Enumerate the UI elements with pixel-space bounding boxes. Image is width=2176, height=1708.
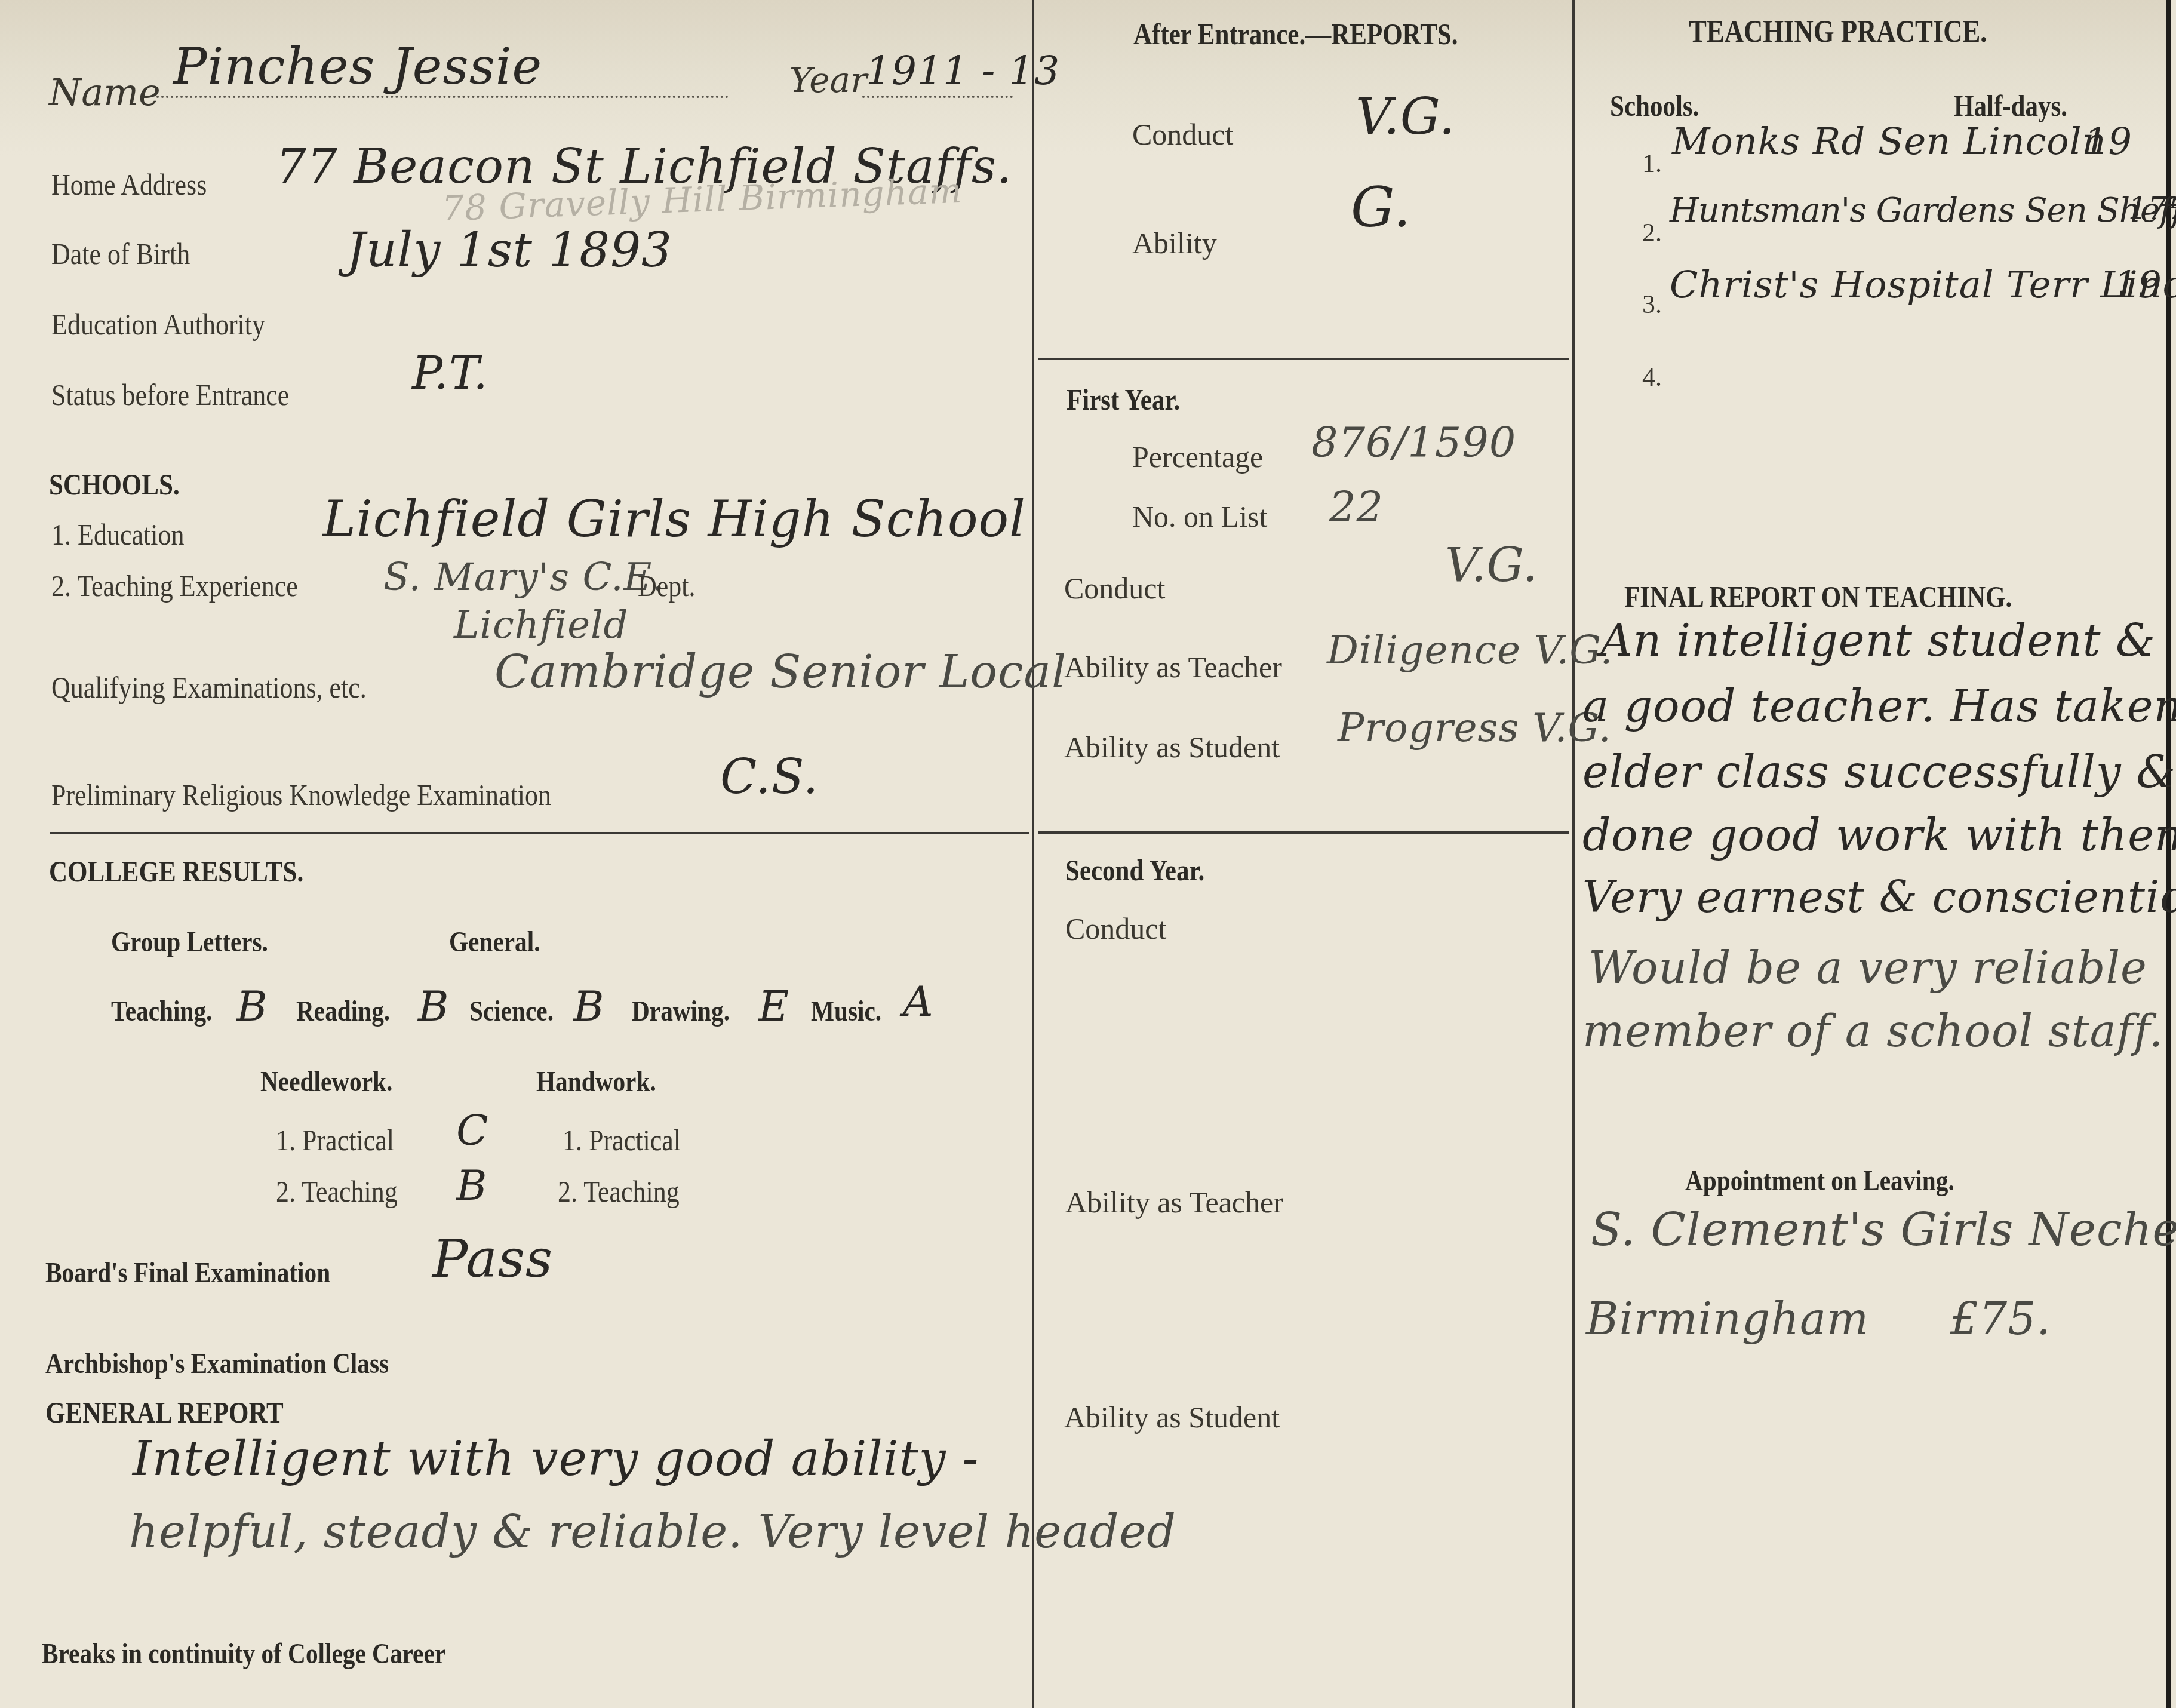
dob-label: Date of Birth bbox=[51, 236, 190, 271]
final-report-line: Would be a very reliable bbox=[1588, 942, 2147, 994]
qualifying-exams-value: Cambridge Senior Local bbox=[494, 645, 1067, 698]
entry-number: 1. bbox=[1642, 148, 1662, 179]
column-divider-right bbox=[1572, 0, 1575, 1708]
home-address-label: Home Address bbox=[51, 167, 207, 202]
group-letters-label: Group Letters. bbox=[111, 926, 268, 959]
subject-science-grade: B bbox=[573, 982, 604, 1031]
schools-column-label: Schools. bbox=[1610, 88, 1699, 123]
final-report-line: Very earnest & conscientious. bbox=[1582, 872, 2176, 922]
second-year-ability-student-label: Ability as Student bbox=[1064, 1400, 1280, 1434]
education-authority-label: Education Authority bbox=[51, 307, 265, 342]
entry-half-days: 19 bbox=[2084, 119, 2132, 163]
archbishop-exam-label: Archbishop's Examination Class bbox=[45, 1347, 389, 1380]
second-year-ability-teacher-label: Ability as Teacher bbox=[1065, 1185, 1283, 1219]
general-label: General. bbox=[449, 926, 540, 959]
appointment-heading: Appointment on Leaving. bbox=[1685, 1165, 1954, 1197]
subject-drawing-grade: E bbox=[758, 982, 789, 1031]
entry-school: Huntsman's Gardens Sen Sheffield bbox=[1670, 191, 2176, 230]
after-entrance-conduct-value: V.G. bbox=[1356, 87, 1456, 146]
year-value: 1911 - 13 bbox=[866, 48, 1060, 94]
final-report-line: elder class successfully & bbox=[1582, 747, 2176, 798]
ability-as-teacher-value: Diligence V.G. bbox=[1327, 627, 1613, 673]
after-entrance-heading: After Entrance.—REPORTS. bbox=[1133, 17, 1458, 51]
breaks-label: Breaks in continuity of College Career bbox=[42, 1638, 445, 1670]
handwork-teaching-label: 2. Teaching bbox=[558, 1174, 680, 1209]
needlework-practical-label: 1. Practical bbox=[276, 1123, 394, 1157]
prelim-rk-label: Preliminary Religious Knowledge Examinat… bbox=[51, 778, 551, 812]
prelim-rk-value: C.S. bbox=[720, 749, 819, 804]
education-label: 1. Education bbox=[51, 517, 184, 552]
ability-as-student-value: Progress V.G. bbox=[1338, 705, 1612, 751]
handwork-practical-label: 1. Practical bbox=[563, 1123, 681, 1157]
after-entrance-ability-value: G. bbox=[1351, 176, 1411, 239]
dept-label: Dept. bbox=[638, 569, 696, 603]
boards-final-value: Pass bbox=[432, 1228, 553, 1289]
subject-music-label: Music. bbox=[811, 995, 881, 1028]
subject-reading-grade: B bbox=[418, 982, 449, 1031]
final-report-line: An intelligent student & bbox=[1600, 615, 2156, 666]
appointment-place: Birmingham bbox=[1586, 1294, 1869, 1345]
percentage-label: Percentage bbox=[1132, 440, 1263, 474]
boards-final-label: Board's Final Examination bbox=[45, 1257, 330, 1289]
qualifying-exams-label: Qualifying Examinations, etc. bbox=[51, 670, 367, 705]
name-value: Pinches Jessie bbox=[173, 37, 542, 96]
needlework-teaching-grade: B bbox=[456, 1161, 487, 1210]
second-year-heading: Second Year. bbox=[1065, 853, 1204, 887]
no-on-list-value: 22 bbox=[1329, 483, 1384, 532]
after-entrance-ability-label: Ability bbox=[1132, 226, 1217, 260]
final-report-heading: FINAL REPORT ON TEACHING. bbox=[1624, 579, 2012, 614]
dob-value: July 1st 1893 bbox=[346, 222, 672, 278]
first-year-conduct-label: Conduct bbox=[1064, 571, 1165, 606]
left-section-rule bbox=[50, 832, 1029, 834]
subject-teaching-grade: B bbox=[236, 982, 268, 1031]
general-report-heading: GENERAL REPORT bbox=[45, 1395, 284, 1430]
year-dotted-line bbox=[862, 96, 1013, 98]
name-label: Name bbox=[49, 70, 161, 114]
first-year-conduct-value: V.G. bbox=[1445, 539, 1538, 592]
needlework-practical-grade: C bbox=[456, 1106, 489, 1155]
teaching-experience-label: 2. Teaching Experience bbox=[51, 569, 298, 603]
reports-rule bbox=[1038, 358, 1569, 360]
after-entrance-conduct-label: Conduct bbox=[1132, 117, 1233, 152]
handwork-label: Handwork. bbox=[536, 1065, 656, 1098]
first-year-heading: First Year. bbox=[1067, 382, 1180, 417]
teaching-experience-value: S. Mary's C.E. bbox=[383, 555, 665, 600]
general-report-line1: Intelligent with very good ability - bbox=[133, 1431, 979, 1486]
appointment-line1: S. Clement's Girls Nechells bbox=[1591, 1203, 2176, 1256]
subject-teaching-label: Teaching. bbox=[111, 995, 212, 1028]
entry-half-days: 19 bbox=[2114, 263, 2162, 306]
name-dotted-line bbox=[156, 96, 729, 98]
college-results-heading: COLLEGE RESULTS. bbox=[49, 854, 303, 889]
appointment-salary: £75. bbox=[1950, 1294, 2051, 1345]
entry-number: 2. bbox=[1642, 217, 1662, 248]
final-report-line: done good work with them. bbox=[1582, 810, 2176, 861]
year-label: Year bbox=[789, 60, 867, 100]
subject-music-grade: A bbox=[903, 977, 934, 1026]
entry-number: 4. bbox=[1642, 362, 1662, 392]
entry-half-days: 17½ bbox=[2128, 191, 2176, 226]
column-divider-left bbox=[1032, 0, 1034, 1708]
status-value: P.T. bbox=[412, 346, 488, 400]
record-card: Name Pinches Jessie Year 1911 - 13 Home … bbox=[0, 0, 2171, 1708]
entry-school: Monks Rd Sen Lincoln bbox=[1672, 119, 2106, 163]
status-label: Status before Entrance bbox=[51, 377, 289, 412]
entry-number: 3. bbox=[1642, 289, 1662, 320]
second-year-conduct-label: Conduct bbox=[1065, 911, 1166, 946]
entry-school: Christ's Hospital Terr Lincoln bbox=[1670, 263, 2176, 306]
subject-drawing-label: Drawing. bbox=[632, 995, 730, 1028]
education-value: Lichfield Girls High School bbox=[322, 490, 1026, 548]
subject-science-label: Science. bbox=[469, 995, 554, 1028]
final-report-line: a good teacher. Has taken bbox=[1582, 681, 2176, 732]
general-report-line2: helpful, steady & reliable. Very level h… bbox=[129, 1505, 1176, 1558]
final-report-line: member of a school staff. bbox=[1582, 1006, 2163, 1057]
ability-as-student-label: Ability as Student bbox=[1064, 730, 1280, 764]
subject-reading-label: Reading. bbox=[296, 995, 390, 1028]
percentage-value: 876/1590 bbox=[1311, 418, 1516, 467]
needlework-label: Needlework. bbox=[260, 1065, 392, 1098]
no-on-list-label: No. on List bbox=[1132, 499, 1267, 534]
teaching-practice-heading: TEACHING PRACTICE. bbox=[1689, 14, 1987, 50]
schools-heading: SCHOOLS. bbox=[49, 467, 180, 502]
needlework-teaching-label: 2. Teaching bbox=[276, 1174, 398, 1209]
ability-as-teacher-label: Ability as Teacher bbox=[1064, 650, 1282, 684]
teaching-experience-value-line2: Lichfield bbox=[454, 603, 629, 647]
first-year-rule bbox=[1038, 831, 1569, 834]
half-days-column-label: Half-days. bbox=[1954, 88, 2067, 123]
